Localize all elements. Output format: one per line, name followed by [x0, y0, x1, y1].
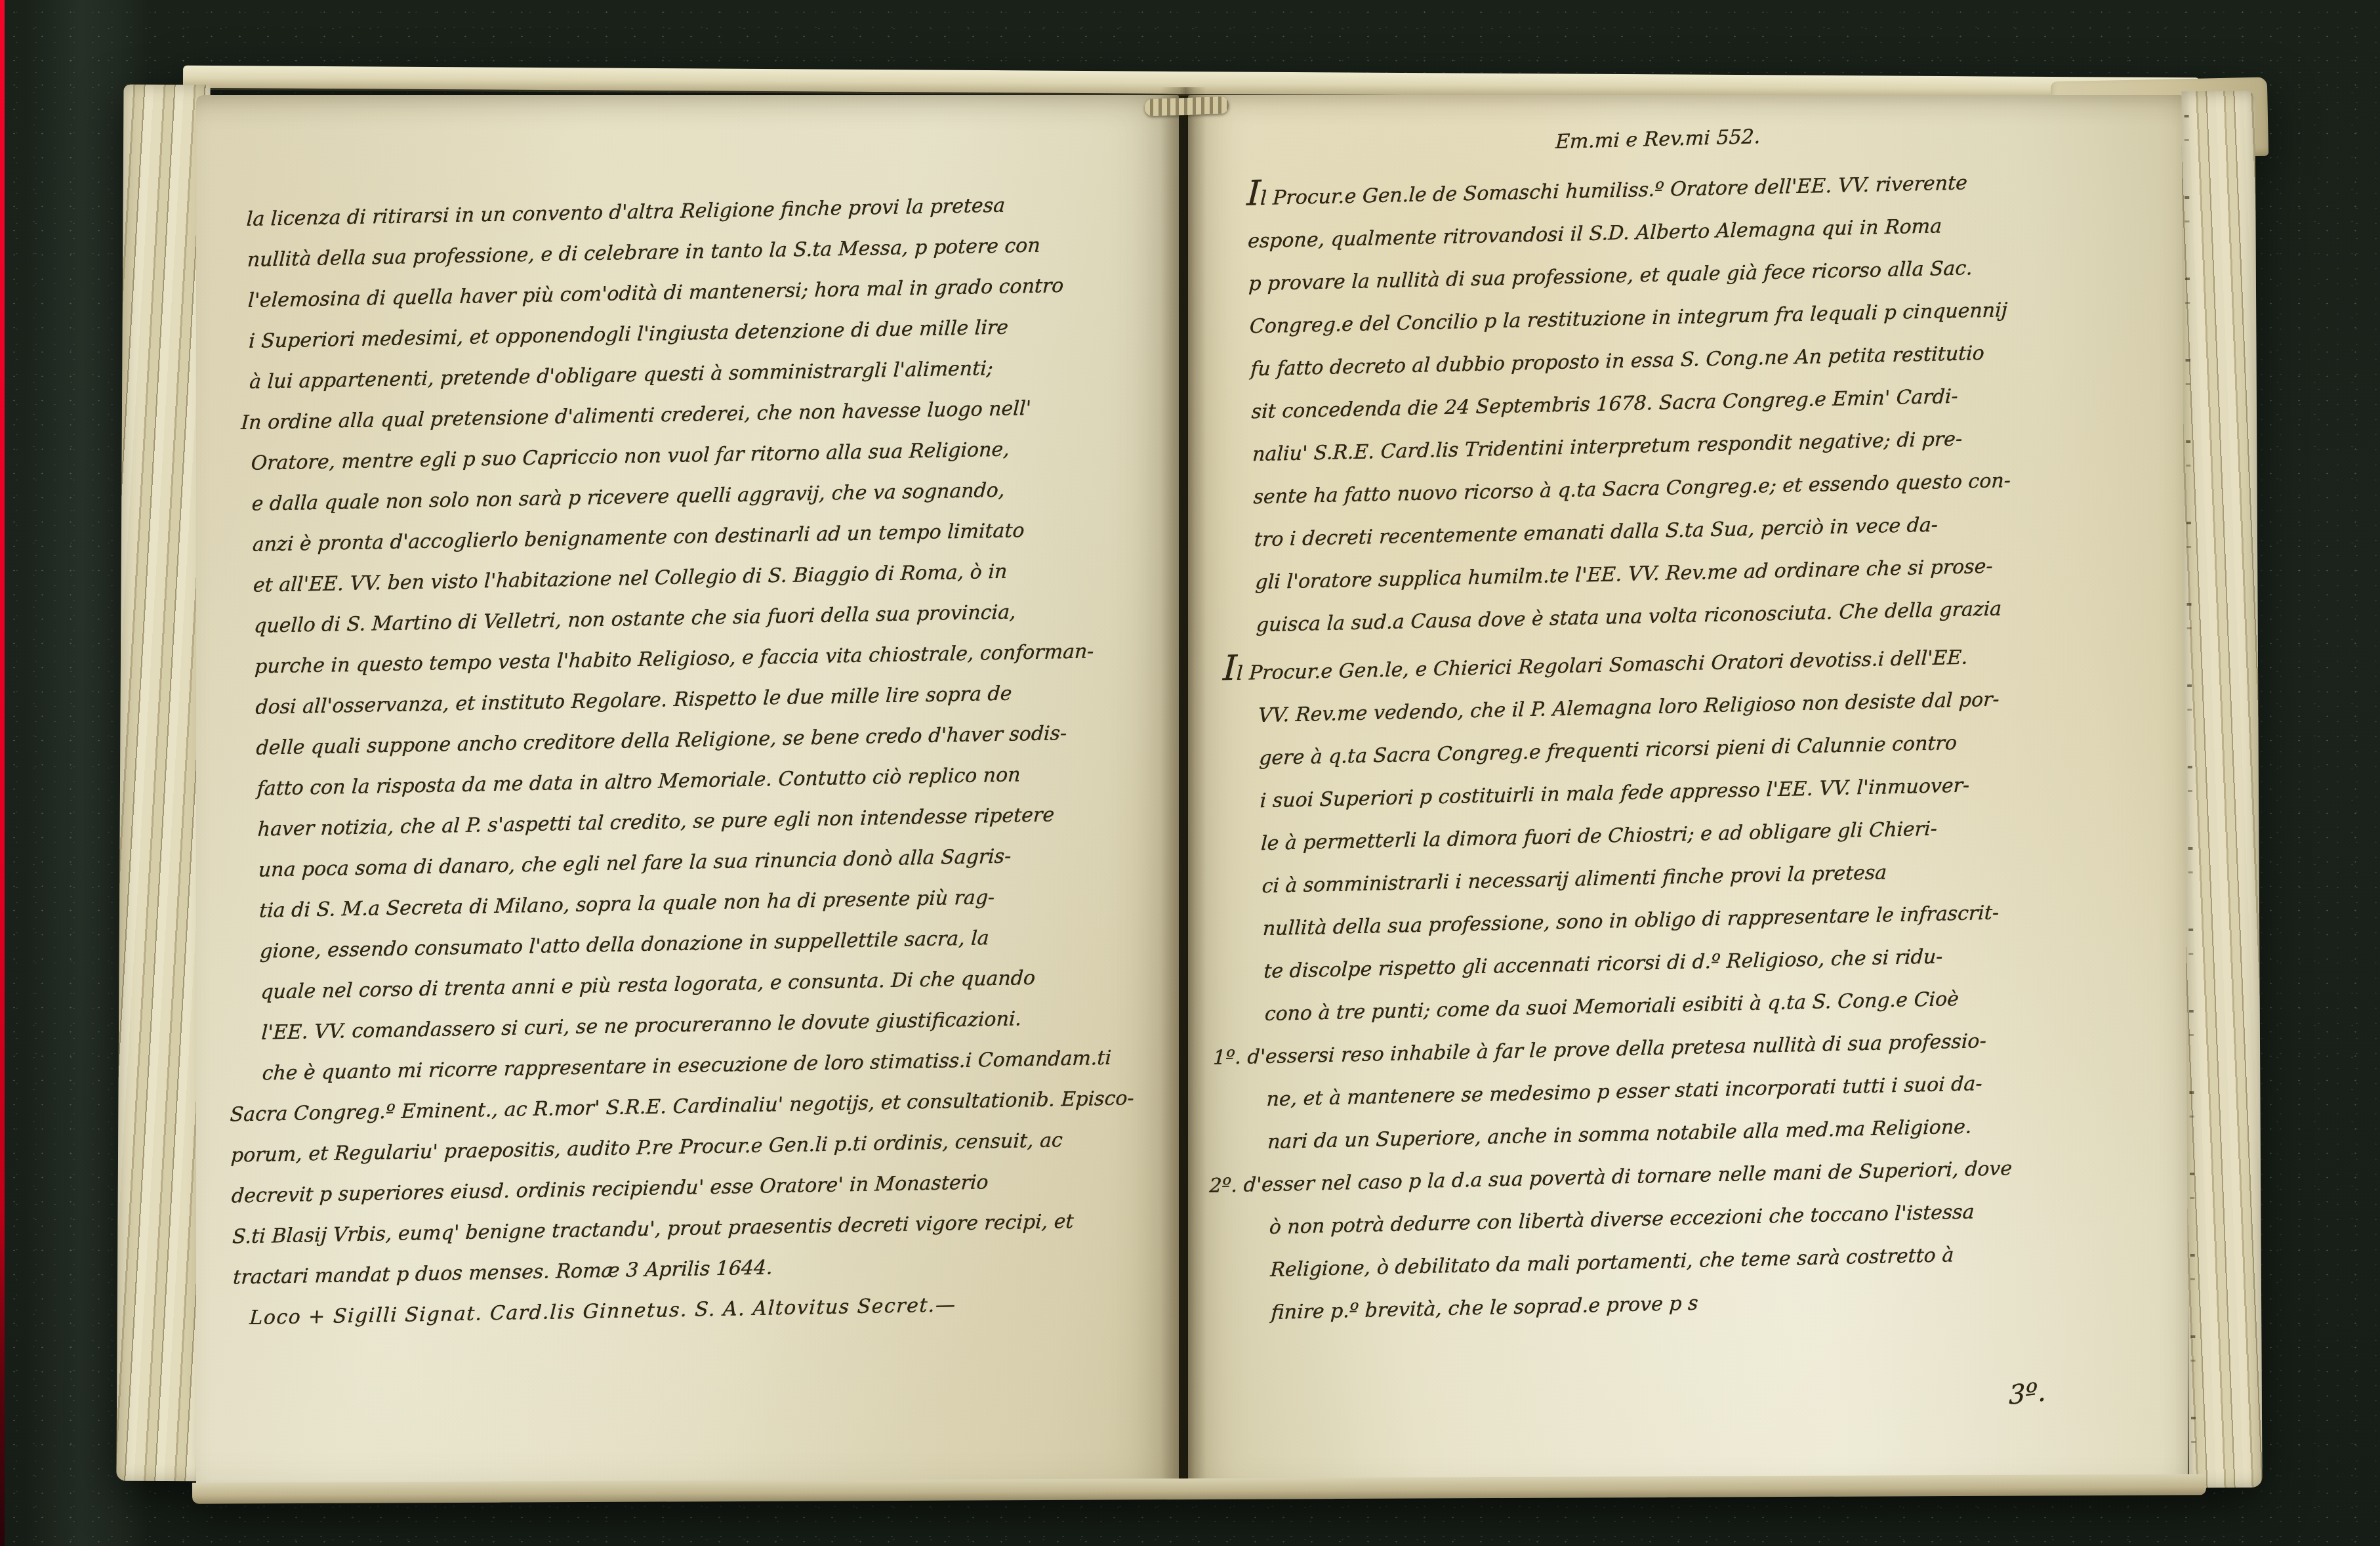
right-page: Em.mi e Rev.mi 552. Il Procur.e Gen.le d…: [1188, 95, 2188, 1488]
fore-edge-stack: [2181, 91, 2262, 1488]
left-page-text: la licenza di ritirarsi in un convento d…: [246, 182, 1176, 1338]
book-gutter-shadow: [1160, 87, 1206, 1492]
sewing-headband: [1145, 96, 1229, 116]
quire-mark: 3º.: [2009, 1377, 2046, 1411]
manuscript-book: la licenza di ritirarsi in un convento d…: [120, 68, 2260, 1503]
photographed-manuscript-scene: la licenza di ritirarsi in un convento d…: [0, 0, 2380, 1546]
right-page-text: Il Procur.e Gen.le de Somaschi humiliss.…: [1246, 152, 2183, 1334]
left-page: la licenza di ritirarsi in un convento d…: [196, 95, 1179, 1488]
right-page-header: Em.mi e Rev.mi 552.: [1555, 125, 1761, 154]
scan-edge-red-stripe: [0, 0, 5, 1546]
